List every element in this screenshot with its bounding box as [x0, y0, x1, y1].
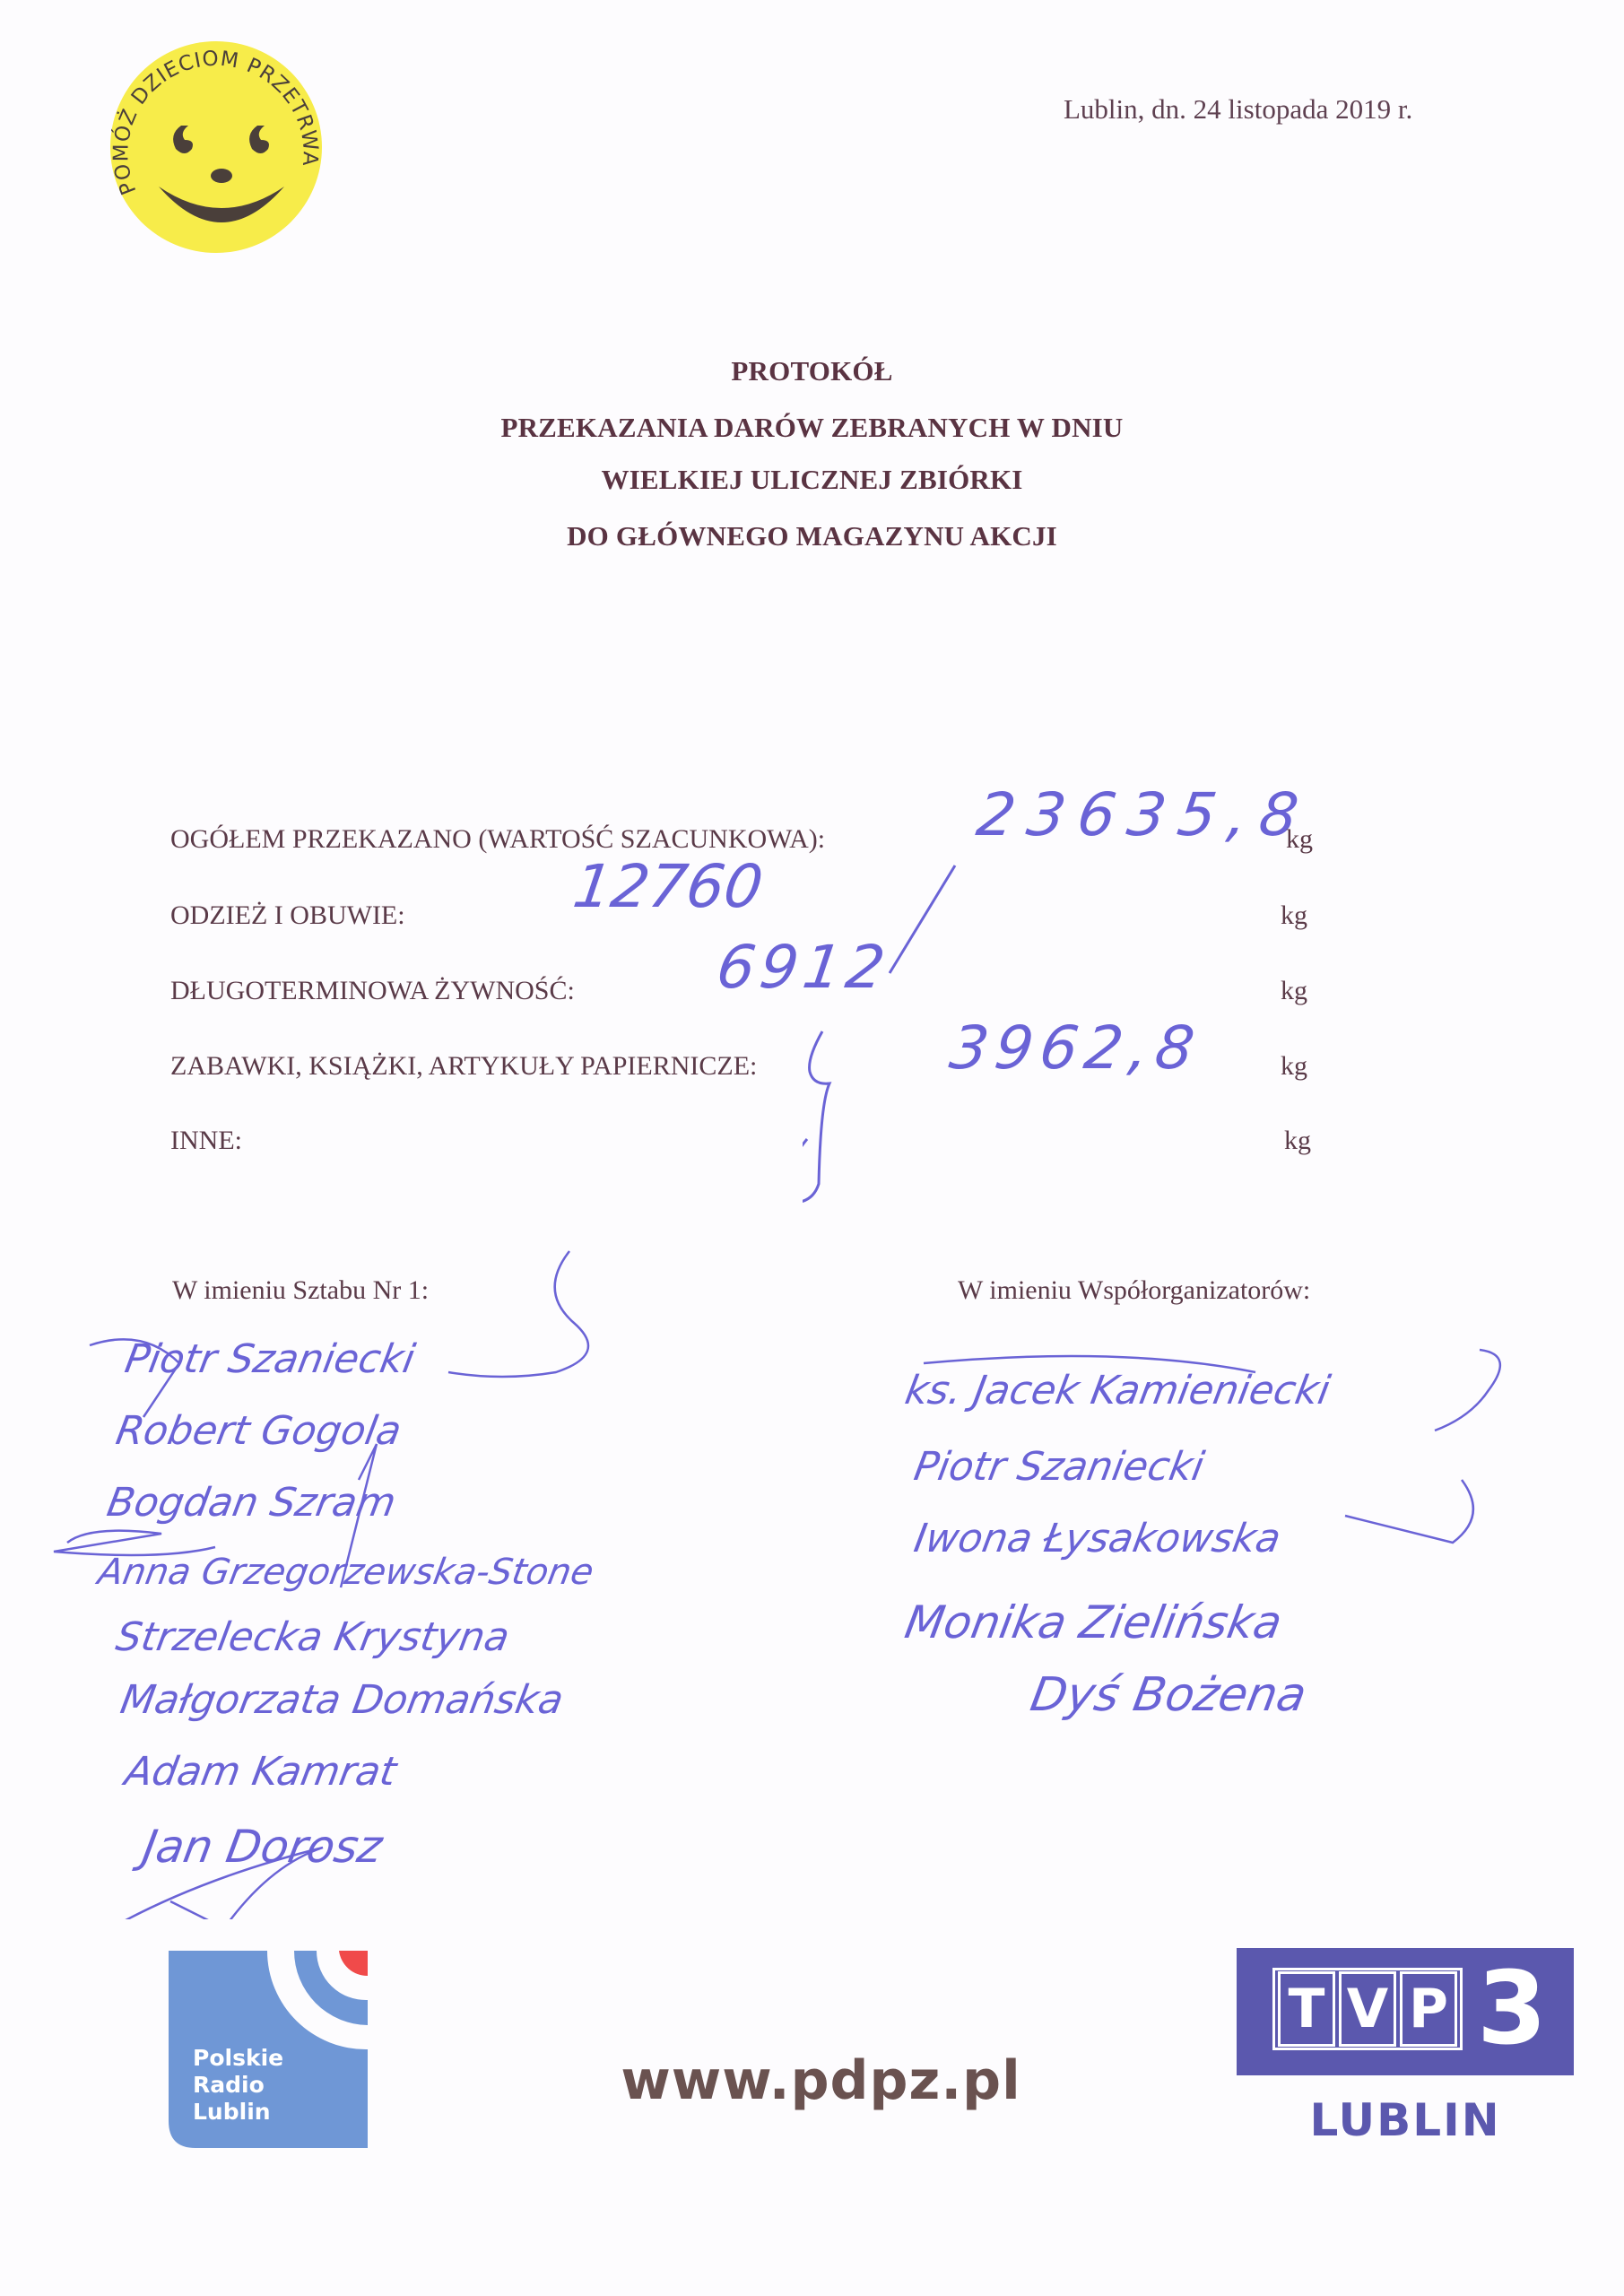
total-donations-value: 23635,8 [973, 780, 1316, 849]
clothing-shoes-value: 12760 [569, 852, 768, 921]
signature: Bogdan Szram [104, 1480, 400, 1526]
handwritten-check-stroke [888, 861, 960, 978]
signature: Piotr Szaniecki [122, 1336, 419, 1382]
total-donations-label: OGÓŁEM PRZEKAZANO (WARTOŚĆ SZACUNKOWA): [170, 824, 825, 855]
document-subtitle-line-2: WIELKIEJ ULICZNEJ ZBIÓRKI [0, 464, 1624, 496]
signature: Piotr Szaniecki [911, 1444, 1208, 1490]
total-donations-unit: kg [1286, 824, 1313, 855]
signature: Adam Kamrat [122, 1749, 400, 1795]
document-subtitle-line-1: PRZEKAZANIA DARÓW ZEBRANYCH W DNIU [0, 412, 1624, 444]
long-term-food-unit: kg [1281, 976, 1307, 1006]
tvp-letter: V [1339, 1971, 1396, 2047]
signature: Dyś Bożena [1027, 1668, 1311, 1722]
signature: Jan Dorosz [139, 1821, 386, 1873]
signature: Małgorzata Domańska [117, 1677, 568, 1723]
clothing-shoes-label: ODZIEŻ I OBUWIE: [170, 900, 405, 931]
other-label: INNE: [170, 1126, 242, 1156]
signature: Anna Grzegorzewska-Stone [95, 1552, 597, 1593]
document-date: Lublin, dn. 24 listopada 2019 r. [1064, 93, 1412, 126]
document-title: PROTOKÓŁ [0, 355, 1624, 387]
signature: Monika Zielińska [901, 1596, 1286, 1648]
tvp-letter: T [1278, 1971, 1335, 2047]
long-term-food-label: DŁUGOTERMINOWA ŻYWNOŚĆ: [170, 976, 575, 1006]
staff-signatures-heading: W imieniu Sztabu Nr 1: [172, 1275, 429, 1306]
signature: Iwona Łysakowska [911, 1516, 1285, 1561]
toys-books-stationery-label: ZABAWKI, KSIĄŻKI, ARTYKUŁY PAPIERNICZE: [170, 1051, 757, 1082]
toys-books-stationery-value: 3962,8 [946, 1013, 1206, 1083]
tvp-city-label: LUBLIN [1237, 2094, 1574, 2146]
toys-books-stationery-unit: kg [1281, 1051, 1307, 1082]
signature: Strzelecka Krystyna [113, 1614, 513, 1660]
coorganizers-signatures-heading: W imieniu Współorganizatorów: [958, 1275, 1310, 1306]
tvp-channel-number: 3 [1477, 1955, 1547, 2063]
tvp-letter: P [1400, 1971, 1457, 2047]
tvp3-logo: T V P 3 [1237, 1948, 1574, 2075]
document-subtitle-line-3: DO GŁÓWNEGO MAGAZYNU AKCJI [0, 520, 1624, 552]
other-unit: kg [1284, 1126, 1311, 1156]
handwritten-brace-mark [803, 1022, 910, 1220]
signature: Robert Gogola [113, 1408, 405, 1454]
long-term-food-value: 6912 [713, 933, 895, 1002]
campaign-sticker-logo: POMÓŻ DZIECIOM PRZETRWAĆ ZIMĘ [83, 34, 350, 260]
signature: ks. Jacek Kamieniecki [902, 1368, 1334, 1413]
clothing-shoes-unit: kg [1281, 900, 1307, 931]
